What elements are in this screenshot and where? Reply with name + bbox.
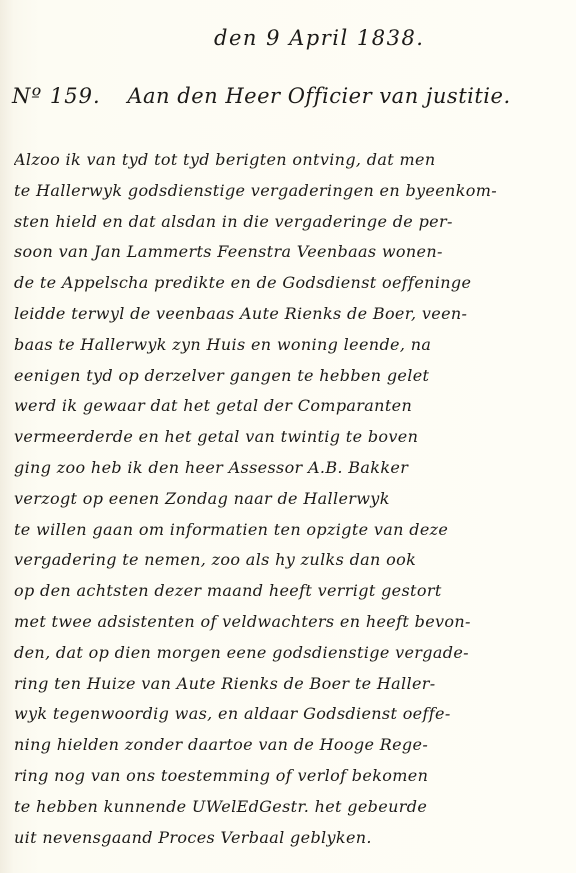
body-line: de te Appelscha predikte en de Godsdiens… [14,269,554,300]
body-line: ring nog van ons toestemming of verlof b… [14,762,554,793]
letter-number: Nº 159. [12,84,101,108]
body-line: vergadering te nemen, zoo als hy zulks d… [14,546,554,577]
letter-body: Alzoo ik van tyd tot tyd berigten ontvin… [14,146,554,854]
body-line: leidde terwyl de veenbaas Aute Rienks de… [14,300,554,331]
body-line: op den achtsten dezer maand heeft verrig… [14,577,554,608]
body-line: wyk tegenwoordig was, en aldaar Godsdien… [14,700,554,731]
body-line: baas te Hallerwyk zyn Huis en woning lee… [14,331,554,362]
body-line: verzogt op eenen Zondag naar de Hallerwy… [14,485,554,516]
body-line: te willen gaan om informatien ten opzigt… [14,516,554,547]
body-line: eenigen tyd op derzelver gangen te hebbe… [14,362,554,393]
body-line: ning hielden zonder daartoe van de Hooge… [14,731,554,762]
body-line: vermeerderde en het getal van twintig te… [14,423,554,454]
body-line: soon van Jan Lammerts Feenstra Veenbaas … [14,238,554,269]
body-line: met twee adsistenten of veldwachters en … [14,608,554,639]
body-line: ging zoo heb ik den heer Assessor A.B. B… [14,454,554,485]
letter-addressee: Aan den Heer Officier van justitie. [127,84,510,108]
body-line: Alzoo ik van tyd tot tyd berigten ontvin… [14,146,554,177]
body-line: sten hield en dat alsdan in die vergader… [14,208,554,239]
letter-heading: Nº 159. Aan den Heer Officier van justit… [12,84,511,108]
handwritten-letter-page: den 9 April 1838. Nº 159. Aan den Heer O… [0,0,576,873]
body-line: den, dat op dien morgen eene godsdiensti… [14,639,554,670]
body-line: ring ten Huize van Aute Rienks de Boer t… [14,670,554,701]
body-line: te Hallerwyk godsdienstige vergaderingen… [14,177,554,208]
body-line: werd ik gewaar dat het getal der Compara… [14,392,554,423]
body-line: te hebben kunnende UWelEdGestr. het gebe… [14,793,554,824]
body-line: uit nevensgaand Proces Verbaal geblyken. [14,824,554,855]
letter-date: den 9 April 1838. [214,26,424,50]
